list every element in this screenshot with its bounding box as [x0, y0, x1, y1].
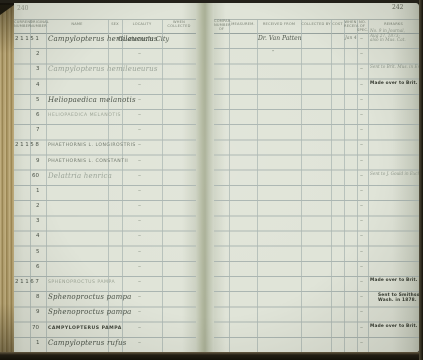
- specimen-count: –: [360, 96, 363, 103]
- specimen-count: –: [360, 157, 363, 164]
- specimen-count: –: [360, 126, 363, 133]
- locality-entry: –: [138, 172, 141, 179]
- specimen-count: –: [360, 232, 363, 239]
- specimen-count: –: [360, 324, 363, 331]
- column-rule: [257, 19, 258, 352]
- locality-entry: –: [138, 65, 141, 72]
- binding-shadow: [0, 5, 14, 352]
- specimen-number: 4: [36, 82, 40, 88]
- column-rule: [229, 19, 230, 352]
- photo-right-edge: [419, 0, 423, 360]
- column-header: OriginalNumber: [30, 20, 46, 28]
- specimen-count: –: [360, 187, 363, 194]
- specimen-number: 5: [36, 249, 40, 255]
- locality-entry: –: [138, 126, 141, 133]
- locality-entry: –: [138, 111, 141, 118]
- specimen-number: 5: [36, 97, 40, 103]
- locality-entry: –: [138, 50, 141, 57]
- remark-entry: Made over to Brit. Mus. 1878: [370, 81, 423, 86]
- species-name: Delattria henrica: [48, 172, 112, 180]
- row-rules-left: [14, 33, 196, 352]
- locality-entry: –: [138, 96, 141, 103]
- register-photo: 240 242 CurrentNumberOriginalNumberNameS…: [0, 0, 423, 360]
- specimen-number: 9: [36, 158, 40, 164]
- locality-entry: –: [138, 141, 141, 148]
- species-name: Phaethornis l. longirostris: [48, 143, 136, 148]
- remark-entry: Made over to Brit. Mus. 1878: [370, 278, 423, 283]
- locality-entry: –: [138, 232, 141, 239]
- specimen-number: 2: [36, 51, 40, 57]
- specimen-number: 6: [36, 112, 40, 118]
- species-name: Campylopterus hemileucurus: [48, 65, 158, 73]
- remark-entry: No. 9 in Journal,Aug 27, 1873;also in Mu…: [370, 29, 406, 43]
- column-rule: [30, 19, 31, 352]
- column-header: Remarks: [368, 22, 419, 26]
- locality-entry: –: [138, 293, 141, 300]
- specimen-count: –: [360, 339, 363, 346]
- species-name: Campylopterus rufus: [48, 339, 127, 347]
- remark-entry: Sent to Smithsonian Inst.Wash. in 1878.: [378, 293, 423, 303]
- species-name: Heliopaedica melanotis: [48, 113, 121, 118]
- received-from-ditto: ″: [272, 50, 274, 57]
- species-name: Heliopaedica melanotis: [48, 96, 136, 104]
- specimen-count: –: [360, 202, 363, 209]
- column-header: Cost: [331, 22, 344, 26]
- specimen-number: 70: [32, 325, 39, 331]
- column-rule: [162, 19, 163, 352]
- specimen-count: –: [360, 81, 363, 88]
- page-number-right: 242: [392, 4, 403, 11]
- column-rule: [368, 19, 369, 352]
- locality-entry: Guatemala City: [118, 35, 169, 43]
- remark-entry: Made over to Brit. Mus. 1878: [370, 324, 423, 329]
- specimen-number: 1: [36, 340, 40, 346]
- species-name: Campylopterus pampa: [48, 326, 122, 331]
- specimen-number: 21167: [15, 279, 41, 285]
- photo-bottom-edge: [0, 352, 423, 360]
- specimen-number: 21151: [15, 36, 41, 42]
- column-rule: [46, 19, 47, 352]
- specimen-count: –: [360, 217, 363, 224]
- locality-entry: –: [138, 217, 141, 224]
- column-rule: [357, 19, 358, 352]
- column-header: Sex: [108, 22, 122, 26]
- locality-entry: –: [138, 81, 141, 88]
- column-header: WhenReceiv.: [344, 20, 357, 28]
- column-header: CurrentNumber: [14, 20, 30, 28]
- specimen-number: 8: [36, 294, 40, 300]
- specimen-number: 1: [36, 188, 40, 194]
- specimen-number: 21158: [15, 142, 41, 148]
- specimen-number: 3: [36, 218, 40, 224]
- page-number-left: 240: [17, 5, 28, 12]
- specimen-number: 3: [36, 66, 40, 72]
- specimen-count: –: [360, 172, 363, 179]
- column-header: No. ofSpec.: [357, 20, 368, 33]
- locality-entry: –: [138, 187, 141, 194]
- book-gutter: [196, 3, 214, 352]
- column-header: WhenCollected: [162, 20, 196, 28]
- column-header: Compar.Numberof: [214, 19, 229, 32]
- specimen-count: –: [360, 50, 363, 57]
- locality-entry: –: [138, 202, 141, 209]
- column-header: Name: [46, 22, 108, 26]
- column-rule: [344, 19, 345, 352]
- column-header: Received from: [257, 22, 301, 26]
- specimen-number: 60: [32, 173, 39, 179]
- locality-entry: –: [138, 157, 141, 164]
- species-name: Sphenoproctus pampa: [48, 280, 115, 285]
- locality-entry: –: [138, 308, 141, 315]
- column-rule: [301, 19, 302, 352]
- header-rule: [214, 19, 419, 20]
- specimen-count: –: [360, 293, 363, 300]
- remark-entry: Sent to Brit. Mus. in Exch.: [370, 65, 423, 70]
- specimen-count: –: [360, 35, 363, 42]
- specimen-count: –: [360, 141, 363, 148]
- locality-entry: –: [138, 339, 141, 346]
- species-name: Sphenoproctus pampa: [48, 293, 132, 301]
- received-from-entry: Dr. Van Patten: [258, 35, 302, 42]
- species-name: Sphenoproctus pampa: [48, 308, 132, 316]
- date-received-entry: Jan 4: [345, 36, 357, 41]
- species-name: Phaethornis l. constantii: [48, 159, 128, 164]
- locality-entry: –: [138, 278, 141, 285]
- column-header: Locality: [122, 22, 162, 26]
- specimen-count: –: [360, 278, 363, 285]
- column-rule: [331, 19, 332, 352]
- specimen-number: 2: [36, 203, 40, 209]
- specimen-count: –: [360, 111, 363, 118]
- specimen-count: –: [360, 65, 363, 72]
- specimen-count: –: [360, 248, 363, 255]
- specimen-count: –: [360, 263, 363, 270]
- specimen-number: 9: [36, 309, 40, 315]
- specimen-number: 6: [36, 264, 40, 270]
- specimen-count: –: [360, 308, 363, 315]
- column-header: Collected by: [301, 22, 331, 26]
- locality-entry: –: [138, 263, 141, 270]
- remark-entry: Sent to J. Gould in Exch.: [370, 172, 422, 177]
- specimen-number: 4: [36, 233, 40, 239]
- column-header: Measurem.: [229, 22, 257, 26]
- locality-entry: –: [138, 324, 141, 331]
- locality-entry: –: [138, 248, 141, 255]
- specimen-number: 7: [36, 127, 40, 133]
